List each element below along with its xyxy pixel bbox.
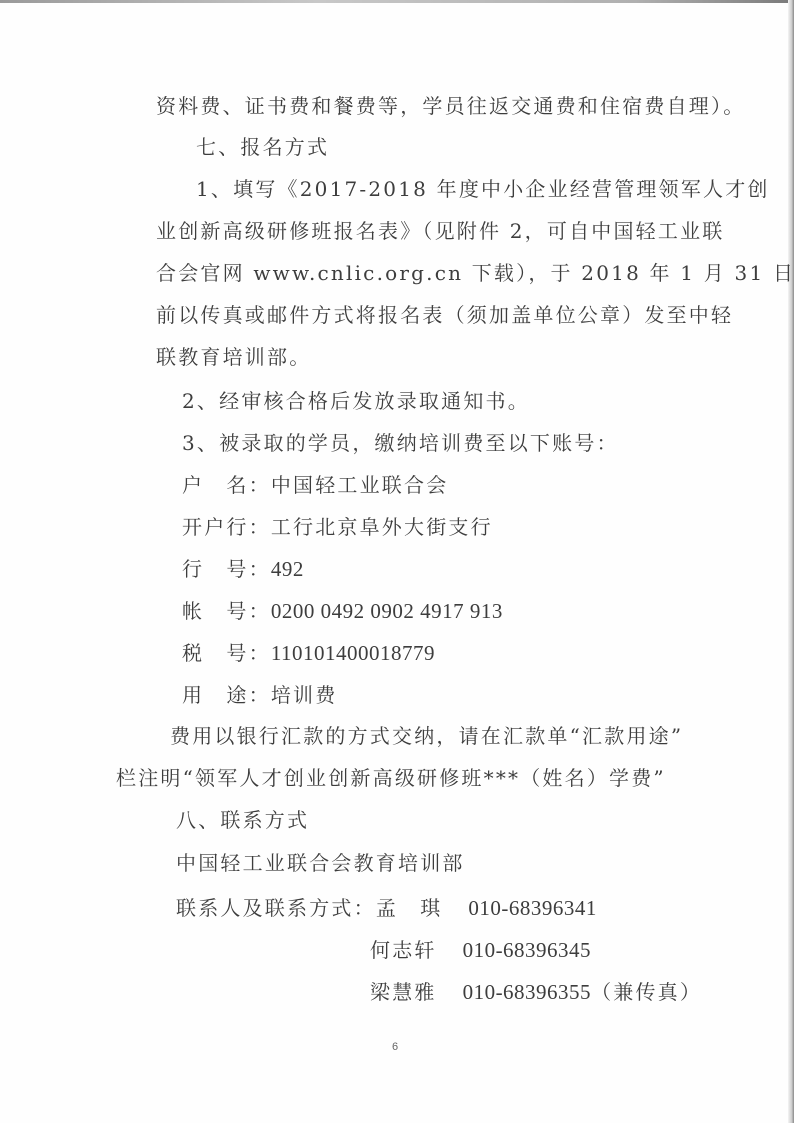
bank-value: 工行北京阜外大街支行 — [271, 515, 493, 539]
account-name-label: 户 名： — [182, 473, 271, 497]
item-1-line-4: 前以传真或邮件方式将报名表（须加盖单位公章）发至中轻 — [156, 303, 733, 327]
payment-note-line-1: 费用以银行汇款的方式交纳，请在汇款单“汇款用途” — [170, 724, 683, 748]
bank-code-label: 行 号： — [182, 557, 271, 581]
contact-name: 梁慧雅 — [370, 980, 454, 1004]
section-heading-registration: 七、报名方式 — [196, 135, 329, 159]
account-number-label: 帐 号： — [182, 599, 271, 623]
purpose-row: 用 途：培训费 — [182, 683, 337, 707]
contact-row-3: 梁慧雅 010-68396355（兼传真） — [370, 980, 702, 1004]
contact-name: 何志轩 — [370, 938, 454, 962]
bank-label: 开户行： — [182, 515, 271, 539]
contact-row-2: 何志轩 010-68396345 — [370, 938, 591, 962]
bank-code-value: 492 — [271, 557, 304, 581]
page-number: 6 — [392, 1041, 398, 1053]
account-number-value: 0200 0492 0902 4917 913 — [271, 599, 503, 623]
tax-id-row: 税 号：110101400018779 — [182, 641, 435, 665]
contact-phone: 010-68396345 — [463, 938, 592, 962]
bank-account-name-row: 户 名：中国轻工业联合会 — [182, 473, 448, 497]
item-2: 2、经审核合格后发放录取通知书。 — [182, 389, 530, 413]
department-name: 中国轻工业联合会教育培训部 — [176, 851, 465, 875]
item-1-line-5: 联教育培训部。 — [156, 345, 311, 369]
account-number-row: 帐 号：0200 0492 0902 4917 913 — [182, 599, 503, 623]
scan-edge-top — [0, 0, 794, 3]
paragraph-fee-note: 资料费、证书费和餐费等，学员往返交通费和住宿费自理）。 — [156, 94, 745, 118]
item-3: 3、被录取的学员，缴纳培训费至以下账号： — [182, 431, 619, 455]
contact-name: 孟 琪 — [376, 896, 460, 920]
contact-row-1: 联系人及联系方式：孟 琪 010-68396341 — [176, 896, 597, 920]
contacts-label: 联系人及联系方式： — [176, 896, 376, 920]
bank-name-row: 开户行：工行北京阜外大街支行 — [182, 515, 493, 539]
section-heading-contact: 八、联系方式 — [176, 808, 309, 832]
purpose-value: 培训费 — [271, 683, 338, 707]
contact-phone: 010-68396355 — [463, 980, 592, 1004]
item-1-line-1: 1、填写《2017-2018 年度中小企业经营管理领军人才创 — [196, 177, 770, 201]
scan-edge-right — [788, 0, 794, 1123]
tax-id-value: 110101400018779 — [271, 641, 435, 665]
contact-phone: 010-68396341 — [468, 896, 597, 920]
item-1-line-3: 合会官网 www.cnlic.org.cn 下载），于 2018 年 1 月 3… — [156, 261, 794, 285]
contact-note: （兼传真） — [591, 980, 702, 1004]
payment-note-line-2: 栏注明“领军人才创业创新高级研修班***（姓名）学费” — [116, 766, 666, 790]
bank-code-row: 行 号：492 — [182, 557, 304, 581]
document-page: 资料费、证书费和餐费等，学员往返交通费和住宿费自理）。 七、报名方式 1、填写《… — [0, 0, 794, 1123]
item-1-line-2: 业创新高级研修班报名表》（见附件 2，可自中国轻工业联 — [156, 219, 724, 243]
tax-id-label: 税 号： — [182, 641, 271, 665]
account-name-value: 中国轻工业联合会 — [271, 473, 449, 497]
purpose-label: 用 途： — [182, 683, 271, 707]
